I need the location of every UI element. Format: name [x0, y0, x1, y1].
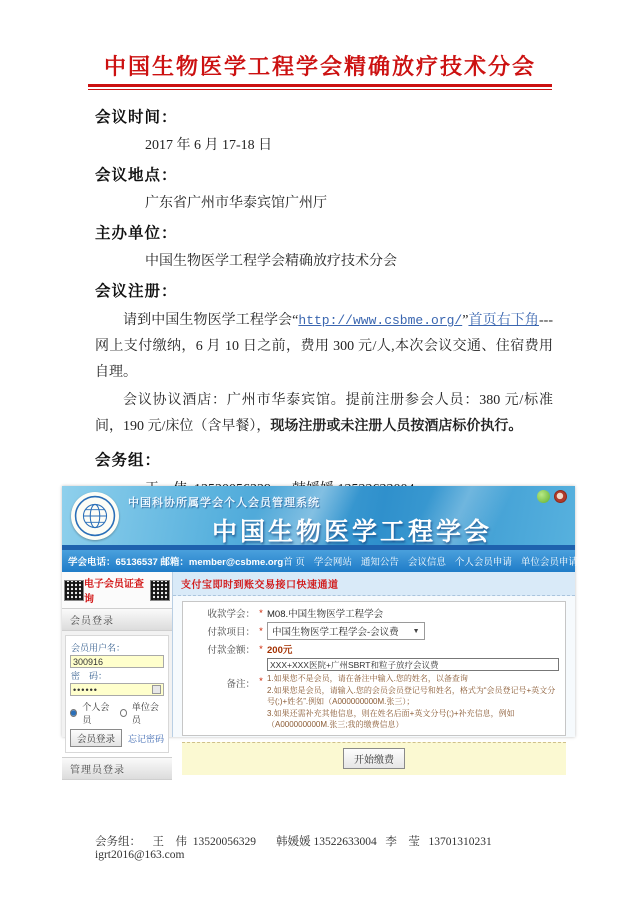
csbme-logo-icon — [71, 492, 119, 540]
remark-note-3: 3.如果还需补充其他信息，则在姓名后面+英文分号(;)+补充信息，例如（A000… — [267, 708, 559, 731]
homepage-corner-link[interactable]: 首页右下角 — [468, 313, 539, 328]
login-buttons: 会员登录 忘记密码 — [70, 729, 164, 747]
ecard-row: 电子会员证查询 — [62, 572, 172, 608]
registration-paragraph: 请到中国生物医学工程学会“http://www.csbme.org/”首页右下角… — [95, 308, 553, 386]
site-title: 中国生物医学工程学会 — [212, 512, 492, 548]
amount-label: 付款金额： — [183, 642, 255, 656]
password-input[interactable]: •••••• — [70, 683, 164, 696]
username-value: 300916 — [73, 657, 103, 667]
section-heading-organizer: 主办单位： — [95, 221, 553, 243]
login-sidebar: 电子会员证查询 会员登录 会员用户名： 300916 密 码： •••••• 个… — [62, 572, 173, 737]
payment-item-selected: 中国生物医学工程学会-会议费 — [272, 624, 399, 638]
admin-login-header: 管理员登录 — [62, 757, 172, 780]
remark-input[interactable]: XXX+XXX医院+广州SBRT和粒子放疗会议费 — [267, 658, 559, 671]
system-title: 中国科协所属学会个人会员管理系统 — [128, 494, 320, 510]
payment-pane: 支付宝即时到账交易接口快速通道 收款学会： * M08.中国生物医学工程学会 付… — [173, 572, 575, 737]
nav-item-help[interactable]: 帮助 — [634, 554, 640, 568]
chevron-down-icon: ▼ — [413, 628, 420, 635]
required-mark: * — [255, 644, 267, 655]
unit-member-radio[interactable] — [120, 709, 127, 717]
remark-row: 备注： * XXX+XXX医院+广州SBRT和粒子放疗会议费 1.如果您不是会员… — [183, 657, 565, 733]
section-heading-place: 会议地点： — [95, 163, 553, 185]
place-value: 广东省广州市华泰宾馆广州厅 — [95, 192, 553, 212]
hotel-paragraph: 会议协议酒店：广州市华泰宾馆。提前注册参会人员：380 元/标准间，190 元/… — [95, 388, 553, 440]
nav-item-online-pay[interactable]: 在线缴费 — [587, 554, 625, 568]
footer-contacts: 会务组： 王 伟 13520056329 韩媛媛 13522633004 李 莹… — [95, 833, 565, 861]
time-value: 2017 年 6 月 17-18 日 — [95, 134, 553, 154]
alipay-channel-title: 支付宝即时到账交易接口快速通道 — [173, 572, 575, 596]
forgot-password-link[interactable]: 忘记密码 — [128, 732, 164, 745]
nav-item-personal-apply[interactable]: 个人会员申请 — [455, 554, 512, 568]
nav-item-conference-info[interactable]: 会议信息 — [408, 554, 446, 568]
payee-value: M08.中国生物医学工程学会 — [267, 606, 383, 620]
hotel-bold-text: 现场注册或未注册人员按酒店标价执行。 — [270, 419, 522, 434]
required-mark: * — [255, 658, 267, 687]
amount-value: 200元 — [267, 642, 292, 656]
remark-label: 备注： — [183, 658, 255, 690]
remark-note-1: 1.如果您不是会员，请在备注中输入.您的姓名，以备查询 — [267, 673, 559, 685]
ecard-query-label[interactable]: 电子会员证查询 — [84, 575, 150, 605]
csbme-website-link[interactable]: http://www.csbme.org/ — [298, 313, 462, 328]
section-heading-staff: 会务组： — [95, 448, 553, 470]
organizer-value: 中国生物医学工程学会精确放疗技术分会 — [95, 250, 553, 270]
section-heading-time: 会议时间： — [95, 105, 553, 127]
item-row: 付款项目： * 中国生物医学工程学会-会议费▼ — [183, 621, 565, 641]
unit-member-label: 单位会员 — [132, 700, 164, 726]
password-value: •••••• — [73, 685, 98, 695]
payee-row: 收款学会： * M08.中国生物医学工程学会 — [183, 605, 565, 621]
password-keypad-icon[interactable] — [152, 685, 161, 694]
password-label: 密 码： — [71, 669, 164, 682]
qq-icon[interactable] — [537, 490, 550, 503]
contact-info: 学会电话：65136537 邮箱：member@csbme.org — [68, 554, 283, 568]
site-body: 电子会员证查询 会员登录 会员用户名： 300916 密 码： •••••• 个… — [62, 572, 575, 737]
banner-icons — [537, 490, 567, 503]
username-label: 会员用户名： — [71, 641, 164, 654]
member-login-button[interactable]: 会员登录 — [70, 729, 122, 747]
member-type-radios: 个人会员 单位会员 — [70, 700, 164, 726]
nav-item-announcements[interactable]: 通知公告 — [361, 554, 399, 568]
qr-code-icon — [64, 580, 84, 601]
required-mark: * — [255, 626, 267, 637]
payment-item-select[interactable]: 中国生物医学工程学会-会议费▼ — [267, 622, 425, 640]
site-banner: 中国科协所属学会个人会员管理系统 中国生物医学工程学会 — [62, 486, 575, 550]
nav-item-society-site[interactable]: 学会网站 — [314, 554, 352, 568]
browser-icon[interactable] — [554, 490, 567, 503]
page-title: 中国生物医学工程学会精确放疗技术分会 — [0, 50, 640, 81]
qr-code-icon — [150, 580, 170, 601]
payee-label: 收款学会： — [183, 606, 255, 620]
item-label: 付款项目： — [183, 624, 255, 638]
registration-text-pre: 请到中国生物医学工程学会“ — [123, 313, 298, 328]
site-navbar: 学会电话：65136537 邮箱：member@csbme.org 首 页 学会… — [62, 550, 575, 572]
page: 中国生物医学工程学会精确放疗技术分会 会议时间： 2017 年 6 月 17-1… — [0, 0, 640, 905]
start-payment-button[interactable]: 开始缴费 — [343, 748, 405, 769]
member-login-header: 会员登录 — [62, 608, 172, 631]
personal-member-label: 个人会员 — [82, 700, 114, 726]
remark-input-value: XXX+XXX医院+广州SBRT和粒子放疗会议费 — [270, 659, 438, 671]
login-form: 会员用户名： 300916 密 码： •••••• 个人会员 单位会员 会员登录… — [65, 635, 169, 753]
amount-row: 付款金额： * 200元 — [183, 641, 565, 657]
payment-form: 收款学会： * M08.中国生物医学工程学会 付款项目： * 中国生物医学工程学… — [182, 601, 566, 736]
personal-member-radio[interactable] — [70, 709, 77, 717]
section-heading-registration: 会议注册： — [95, 279, 553, 301]
nav-item-unit-apply[interactable]: 单位会员申请 — [521, 554, 578, 568]
remark-note-2: 2.如果您是会员，请输入.您的会员会员登记号和姓名，格式为“会员登记号+英文分号… — [267, 685, 559, 708]
document-body: 会议时间： 2017 年 6 月 17-18 日 会议地点： 广东省广州市华泰宾… — [95, 96, 553, 528]
nav-item-home[interactable]: 首 页 — [283, 554, 305, 568]
required-mark: * — [255, 608, 267, 619]
remark-content: XXX+XXX医院+广州SBRT和粒子放疗会议费 1.如果您不是会员，请在备注中… — [267, 658, 565, 731]
username-input[interactable]: 300916 — [70, 655, 164, 668]
embedded-screenshot: 中国科协所属学会个人会员管理系统 中国生物医学工程学会 学会电话：6513653… — [62, 486, 575, 737]
submit-bar: 开始缴费 — [182, 742, 566, 775]
title-underline — [88, 84, 552, 90]
nav-menu: 首 页 学会网站 通知公告 会议信息 个人会员申请 单位会员申请 在线缴费 帮助 — [283, 554, 640, 568]
